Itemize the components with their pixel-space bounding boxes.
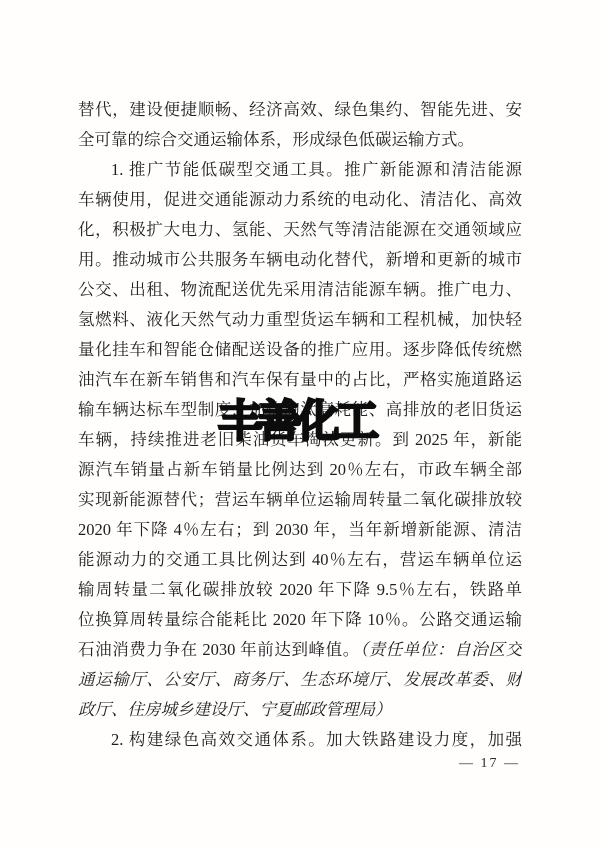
text-line: 能源动力的交通工具比例达到 40％左右，营运车辆单位运 [78, 545, 522, 575]
body-text: 源汽车销量占新车销量比例达到 20％左右，市政车辆全部 [78, 460, 522, 479]
body-text: 输周转量二氧化碳排放较 2020 年下降 9.5％左右，铁路单 [78, 580, 522, 599]
body-text: 替代，建设便捷顺畅、经济高效、绿色集约、智能先进、安 [78, 100, 522, 119]
body-text: 量化挂车和智能仓储配送设备的推广应用。逐步降低传统燃 [78, 340, 522, 359]
text-line: 全可靠的综合交通运输体系，形成绿色低碳运输方式。 [78, 125, 522, 155]
body-text: 用。推动城市公共服务车辆电动化替代，新增和更新的城市 [78, 250, 522, 269]
body-text: 公交、出租、物流配送优先采用清洁能源车辆。推广电力、 [78, 280, 522, 299]
responsibility-unit-text: （责任单位：自治区交 [360, 640, 522, 659]
text-line: 政厅、住房城乡建设厅、宁夏邮政管理局） [78, 695, 522, 725]
body-text: 能源动力的交通工具比例达到 40％左右，营运车辆单位运 [78, 550, 522, 569]
text-line: 1. 推广节能低碳型交通工具。推广新能源和清洁能源 [78, 155, 522, 185]
text-line: 石油消费力争在 2030 年前达到峰值。（责任单位：自治区交 [78, 635, 522, 665]
responsibility-unit-text: 政厅、住房城乡建设厅、宁夏邮政管理局） [78, 700, 392, 719]
body-text: 全可靠的综合交通运输体系，形成绿色低碳运输方式。 [78, 130, 474, 149]
body-text: 2. 构建绿色高效交通体系。加大铁路建设力度，加强 [111, 730, 522, 749]
text-line: 2. 构建绿色高效交通体系。加大铁路建设力度，加强 [78, 725, 522, 755]
text-line: 车辆使用，促进交通能源动力系统的电动化、清洁化、高效 [78, 185, 522, 215]
body-text: 氢燃料、液化天然气动力重型货运车辆和工程机械，加快轻 [78, 310, 522, 329]
text-line: 2020 年下降 4％左右；到 2030 年，当年新增新能源、清洁 [78, 515, 522, 545]
body-text: 2020 年下降 4％左右；到 2030 年，当年新增新能源、清洁 [78, 520, 522, 539]
body-text: 1. 推广节能低碳型交通工具。推广新能源和清洁能源 [111, 160, 522, 179]
body-text: 位换算周转量综合能耗比 2020 年下降 10％。公路交通运输 [78, 610, 522, 629]
text-line: 用。推动城市公共服务车辆电动化替代，新增和更新的城市 [78, 245, 522, 275]
body-text: 车辆使用，促进交通能源动力系统的电动化、清洁化、高效 [78, 190, 522, 209]
text-line: 源汽车销量占新车销量比例达到 20％左右，市政车辆全部 [78, 455, 522, 485]
body-text: 石油消费力争在 2030 年前达到峰值。 [78, 640, 360, 659]
page-number: — 17 — [459, 756, 520, 772]
responsibility-unit-text: 通运输厅、公安厅、商务厅、生态环境厅、发展改革委、财 [78, 670, 522, 689]
text-line: 公交、出租、物流配送优先采用清洁能源车辆。推广电力、 [78, 275, 522, 305]
text-line: 输周转量二氧化碳排放较 2020 年下降 9.5％左右，铁路单 [78, 575, 522, 605]
text-line: 替代，建设便捷顺畅、经济高效、绿色集约、智能先进、安 [78, 95, 522, 125]
body-text: 油汽车在新车销售和汽车保有量中的占比，严格实施道路运 [78, 370, 522, 389]
text-line: 通运输厅、公安厅、商务厅、生态环境厅、发展改革委、财 [78, 665, 522, 695]
text-line: 实现新能源替代；营运车辆单位运输周转量二氧化碳排放较 [78, 485, 522, 515]
text-line: 量化挂车和智能仓储配送设备的推广应用。逐步降低传统燃 [78, 335, 522, 365]
text-line: 位换算周转量综合能耗比 2020 年下降 10％。公路交通运输 [78, 605, 522, 635]
document-page: 替代，建设便捷顺畅、经济高效、绿色集约、智能先进、安全可靠的综合交通运输体系，形… [0, 0, 600, 848]
body-text: 化，积极扩大电力、氢能、天然气等清洁能源在交通领域应 [78, 220, 522, 239]
text-line: 氢燃料、液化天然气动力重型货运车辆和工程机械，加快轻 [78, 305, 522, 335]
text-line: 油汽车在新车销售和汽车保有量中的占比，严格实施道路运 [78, 365, 522, 395]
body-text: 实现新能源替代；营运车辆单位运输周转量二氧化碳排放较 [78, 490, 522, 509]
text-line: 化，积极扩大电力、氢能、天然气等清洁能源在交通领域应 [78, 215, 522, 245]
watermark-overlay: 丰善化工 [218, 396, 374, 448]
